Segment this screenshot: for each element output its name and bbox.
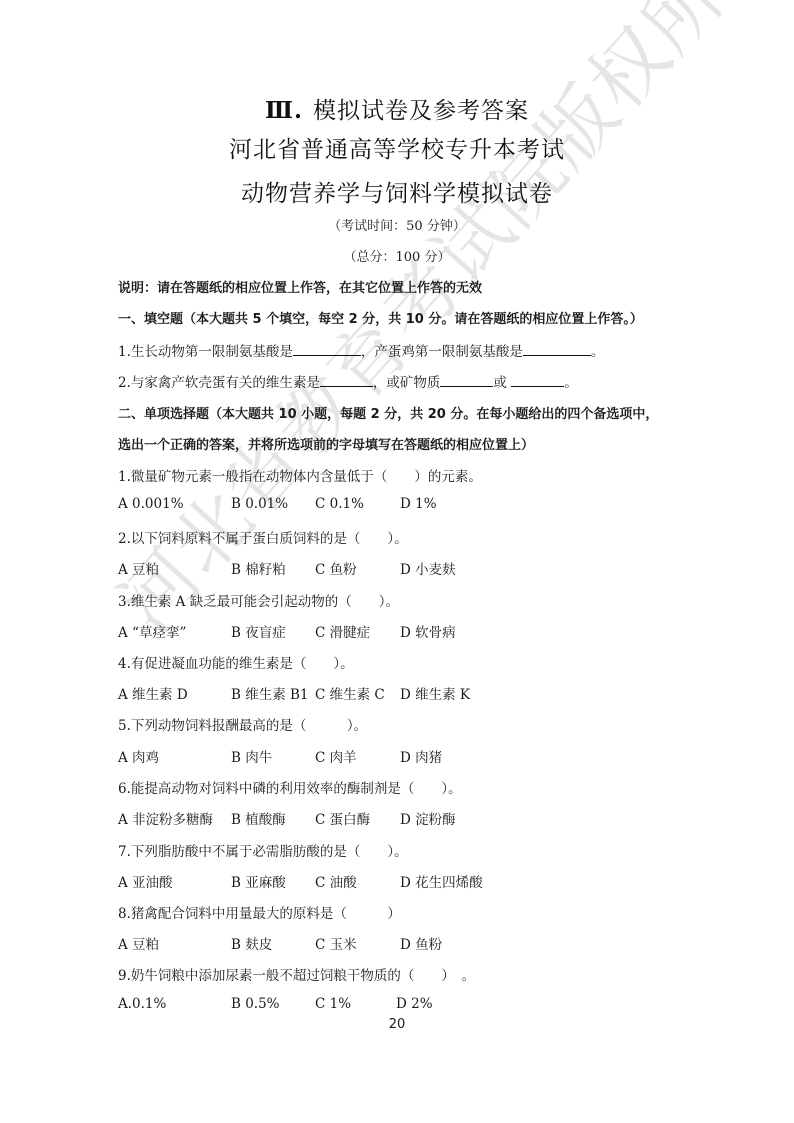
mcq-9-option-c: C 1% [315,996,351,1012]
mcq-stem-2: 2.以下饲料原料不属于蛋白质饲料的是（ ）。 [118,527,408,547]
roman-numeral: Ⅲ. [265,97,303,124]
fill-question-1: 1.生长动物第一限制氨基酸是，产蛋鸡第一限制氨基酸是。 [118,340,604,360]
question-text: ，产蛋鸡第一限制氨基酸是 [361,344,523,360]
mcq-2-option-a: A 豆粕 [118,558,159,578]
section2-heading-line1: 二、单项选择题（本大题共 10 小题，每题 2 分，共 20 分。在每小题给出的… [118,403,658,422]
section-title: Ⅲ.模拟试卷及参考答案 [0,92,794,125]
section1-heading: 一、填空题（本大题共 5 个填空，每空 2 分，共 10 分。请在答题纸的相应位… [118,308,643,327]
section2-heading-line2: 选出一个正确的答案，并将所选项前的字母填写在答题纸的相应位置上） [118,434,534,453]
mcq-1-option-b: B 0.01% [231,496,288,512]
mcq-5-option-c: C 肉羊 [315,746,357,766]
mcq-8-option-d: D 鱼粉 [400,933,442,953]
exam-duration: （考试时间：50 分钟） [0,215,794,234]
answer-blank [293,341,361,356]
mcq-5-option-a: A 肉鸡 [118,746,159,766]
mcq-7-option-d: D 花生四烯酸 [400,871,483,891]
mcq-8-option-b: B 麸皮 [231,933,272,953]
mcq-stem-8: 8.猪禽配合饲料中用量最大的原料是（ ） [118,902,401,922]
mcq-stem-4: 4.有促进凝血功能的维生素是（ ）。 [118,652,354,672]
mcq-1-option-c: C 0.1% [315,496,364,512]
mcq-3-option-c: C 滑腱症 [315,621,370,641]
mcq-7-option-a: A 亚油酸 [118,871,173,891]
mcq-2-option-b: B 棉籽粕 [231,558,286,578]
question-text: 1.生长动物第一限制氨基酸是 [118,344,293,360]
mcq-9-option-d: D 2% [396,996,433,1012]
mcq-stem-9: 9.奶牛饲粮中添加尿素一般不超过饲粮干物质的（ ） 。 [118,964,475,984]
mcq-4-option-a: A 维生素 D [118,683,188,703]
paper-title: 动物营养学与饲料学模拟试卷 [0,175,794,208]
mcq-5-option-d: D 肉猪 [400,746,442,766]
question-text: 。 [591,344,605,360]
mcq-stem-7: 7.下列脂肪酸中不属于必需脂肪酸的是（ ）。 [118,840,408,860]
page-number: 20 [0,1017,794,1032]
mcq-2-option-d: D 小麦麸 [400,558,456,578]
question-text: 2.与家禽产软壳蛋有关的维生素是 [118,375,320,391]
mcq-stem-5: 5.下列动物饲料报酬最高的是（ ）。 [118,714,367,734]
mcq-stem-3: 3.维生素 A 缺乏最可能会引起动物的（ ）。 [118,590,399,610]
mcq-3-option-d: D 软骨病 [400,621,456,641]
section-title-text: 模拟试卷及参考答案 [313,98,529,124]
fill-question-2: 2.与家禽产软壳蛋有关的维生素是，或矿物质或 。 [118,371,578,391]
mcq-stem-1: 1.微量矿物元素一般指在动物体内含量低于（ ）的元素。 [118,465,482,485]
mcq-1-option-d: D 1% [400,496,437,512]
exam-page: 河北省教育考试院版权所有 Ⅲ.模拟试卷及参考答案 河北省普通高等学校专升本考试 … [0,0,794,1123]
answer-blank [523,341,591,356]
question-text: 或 [493,375,507,391]
mcq-4-option-b: B 维生素 B1 [231,683,309,703]
mcq-6-option-d: D 淀粉酶 [400,808,456,828]
question-text: ，或矿物质 [373,375,441,391]
mcq-3-option-a: A “草痉挛” [118,621,186,641]
total-score: （总分：100 分） [0,246,794,265]
mcq-3-option-b: B 夜盲症 [231,621,286,641]
exam-name: 河北省普通高等学校专升本考试 [0,131,794,164]
answer-blank [320,372,373,387]
mcq-9-option-a: A.0.1% [118,996,166,1012]
mcq-6-option-c: C 蛋白酶 [315,808,370,828]
mcq-7-option-c: C 油酸 [315,871,357,891]
mcq-stem-6: 6.能提高动物对饲料中磷的利用效率的酶制剂是（ ）。 [118,777,462,797]
mcq-4-option-c: C 维生素 C [315,683,385,703]
mcq-5-option-b: B 肉牛 [231,746,272,766]
answer-blank [511,372,564,387]
mcq-8-option-c: C 玉米 [315,933,357,953]
instructions: 说明：请在答题纸的相应位置上作答，在其它位置上作答的无效 [118,277,482,296]
mcq-4-option-d: D 维生素 K [400,683,470,703]
mcq-2-option-c: C 鱼粉 [315,558,357,578]
mcq-7-option-b: B 亚麻酸 [231,871,286,891]
mcq-6-option-b: B 植酸酶 [231,808,286,828]
mcq-1-option-a: A 0.001% [118,496,184,512]
answer-blank [440,372,493,387]
mcq-6-option-a: A 非淀粉多糖酶 [118,808,213,828]
question-text: 。 [564,375,578,391]
mcq-9-option-b: B 0.5% [231,996,280,1012]
mcq-8-option-a: A 豆粕 [118,933,159,953]
